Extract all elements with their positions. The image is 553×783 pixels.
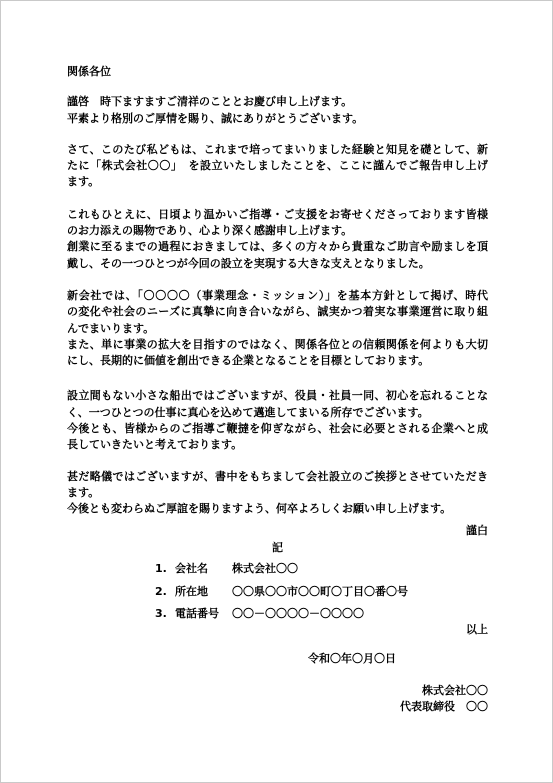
body-line: また、単に事業の拡大を目指すのではなく、関係各位との信頼関係を何よりも大切: [67, 337, 488, 353]
item-label: 電話番号: [175, 606, 232, 622]
item-value: 〇〇－〇〇〇〇－〇〇〇〇: [232, 606, 364, 622]
item-number: 2.: [155, 584, 175, 600]
list-item: 1.会社名株式会社〇〇: [155, 561, 488, 584]
body-line: 平素より格別のご厚情を賜り、誠にありがとうございます。: [67, 111, 488, 127]
body-line: たに「株式会社〇〇」 を設立いたしましたことを、ここに謹んでご報告申し上げ: [67, 158, 488, 174]
signature-representative: 代表取締役 〇〇: [67, 699, 488, 715]
end-word: 以上: [67, 622, 488, 638]
paragraph-block-gratitude: これもひとえに、日頃より温かいご指導・ご支援をお寄せくださっております皆様のお力…: [67, 207, 488, 272]
body-line: 新会社では、「〇〇〇〇（事業理念・ミッション）」を基本方針として掲げ、時代: [67, 288, 488, 304]
body-line: これもひとえに、日頃より温かいご指導・ご支援をお寄せくださっております皆様: [67, 207, 488, 223]
signature-company: 株式会社〇〇: [67, 683, 488, 699]
item-number: 1.: [155, 561, 175, 577]
body-line: さて、このたび私どもは、これまで培ってまいりました経験と知見を礎として、新: [67, 142, 488, 158]
item-value: 株式会社〇〇: [232, 561, 298, 577]
body-line: 戴し、その一つひとつが今回の設立を実現する大きな支えとなりました。: [67, 256, 488, 272]
body-line: 創業に至るまでの過程におきましては、多くの方々から貴重なご助言や励ましを頂: [67, 239, 488, 255]
notice-heading: 記: [67, 540, 488, 556]
paragraph-block-resolve: 設立間もない小さな船出ではございますが、役員・社員一同、初心を忘れることなく、一…: [67, 388, 488, 453]
item-number: 3.: [155, 606, 175, 622]
letter-content: 関係各位 謹啓 時下ますますご清祥のこととお慶び申し上げます。平素より格別のご厚…: [1, 1, 553, 716]
list-item: 3.電話番号〇〇－〇〇〇〇－〇〇〇〇: [155, 606, 488, 622]
body-line: 甚だ略儀ではございますが、書中をもちまして会社設立のご挨拶とさせていただき: [67, 469, 488, 485]
body-line: 長していきたいと考えております。: [67, 437, 488, 453]
body-line: の変化や社会のニーズに真摯に向き合いながら、誠実かつ着実な事業運営に取り組: [67, 304, 488, 320]
body-line: 今後とも、皆様からのご指導ご鞭撻を仰ぎながら、社会に必要とされる企業へと成: [67, 421, 488, 437]
item-value: 〇〇県〇〇市〇〇町〇丁目〇番〇号: [232, 584, 408, 600]
item-label: 所在地: [175, 584, 232, 600]
body-line: のお力添えの賜物であり、心より深く感謝申し上げます。: [67, 223, 488, 239]
list-item: 2.所在地〇〇県〇〇市〇〇町〇丁目〇番〇号: [155, 584, 488, 607]
company-info-list: 1.会社名株式会社〇〇2.所在地〇〇県〇〇市〇〇町〇丁目〇番〇号3.電話番号〇〇…: [155, 561, 488, 622]
body-line: にし、長期的に価値を創出できる企業となることを目標としております。: [67, 353, 488, 369]
body-line: んでまいります。: [67, 321, 488, 337]
body-line: ます。: [67, 485, 488, 501]
body-line: ます。: [67, 174, 488, 190]
body-line: 今後とも変わらぬご厚誼を賜りますよう、何卒よろしくお願い申し上げます。: [67, 501, 488, 517]
paragraph-block-closing: 甚だ略儀ではございますが、書中をもちまして会社設立のご挨拶とさせていただきます。…: [67, 469, 488, 518]
body-line: く、一つひとつの仕事に真心を込めて邁進してまいる所存でございます。: [67, 405, 488, 421]
body-line: 謹啓 時下ますますご清祥のこととお慶び申し上げます。: [67, 94, 488, 110]
item-label: 会社名: [175, 561, 232, 577]
letter-page: 関係各位 謹啓 時下ますますご清祥のこととお慶び申し上げます。平素より格別のご厚…: [0, 0, 553, 783]
closing-word: 謹白: [67, 523, 488, 539]
paragraph-block-policy: 新会社では、「〇〇〇〇（事業理念・ミッション）」を基本方針として掲げ、時代の変化…: [67, 288, 488, 369]
paragraph-block-announcement: さて、このたび私どもは、これまで培ってまいりました経験と知見を礎として、新たに「…: [67, 142, 488, 191]
body-line: 設立間もない小さな船出ではございますが、役員・社員一同、初心を忘れることな: [67, 388, 488, 404]
letter-date: 令和〇年〇月〇日: [67, 651, 488, 667]
recipient: 関係各位: [67, 64, 488, 80]
paragraph-block-greeting: 謹啓 時下ますますご清祥のこととお慶び申し上げます。平素より格別のご厚情を賜り、…: [67, 94, 488, 127]
